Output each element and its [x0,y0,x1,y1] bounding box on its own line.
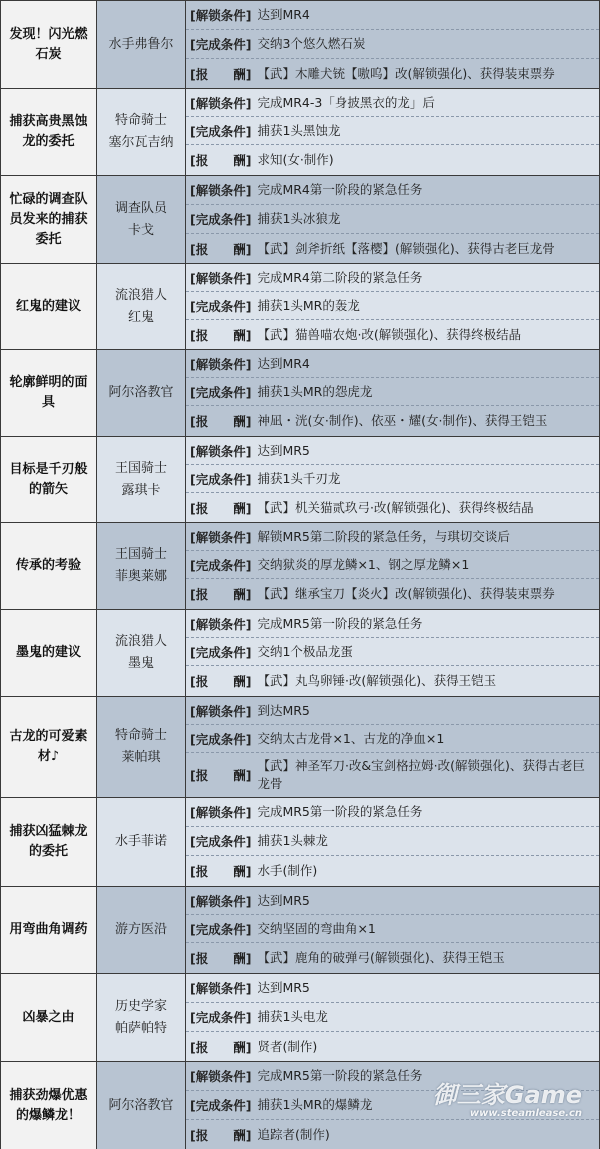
unlock-label: [解锁条件] [190,94,251,112]
quest-npc: 特命骑士塞尔瓦吉纳 [97,89,186,176]
reward-condition: [报 酬] 水手(制作) [186,856,599,886]
reward-condition: [报 酬] 【武】猫兽喵农炮·改(解锁强化)、获得终极结晶 [186,320,599,349]
quest-row: 捕获劲爆优惠的爆鳞龙！ 阿尔洛教官 [解锁条件] 完成MR5第一阶段的紧急任务 … [1,1062,600,1149]
reward-label: [报 酬] [190,862,251,880]
reward-condition: [报 酬] 神凪・洸(女·制作)、依巫・耀(女·制作)、获得王铠玉 [186,406,599,436]
unlock-value: 完成MR4-3「身披黑衣的龙」后 [257,94,434,112]
reward-value: 【武】剑斧折纸【落樱】(解锁强化)、获得古老巨龙骨 [257,240,554,258]
reward-condition: [报 酬] 求知(女·制作) [186,145,599,175]
quest-title: 凶暴之由 [1,974,97,1062]
quest-row: 捕获高贵黑蚀龙的委托 特命骑士塞尔瓦吉纳 [解锁条件] 完成MR4-3「身披黑衣… [1,89,600,176]
unlock-value: 解锁MR5第二阶段的紧急任务，与琪切交谈后 [257,528,509,546]
reward-value: 水手(制作) [257,862,317,880]
complete-label: [完成条件] [190,1096,251,1114]
complete-label: [完成条件] [190,832,251,850]
unlock-value: 完成MR5第一阶段的紧急任务 [257,615,422,633]
unlock-value: 完成MR5第一阶段的紧急任务 [257,803,422,821]
quest-conditions: [解锁条件] 解锁MR5第二阶段的紧急任务，与琪切交谈后 [完成条件] 交纳狱炎… [186,523,600,610]
quest-npc: 王国骑士露琪卡 [97,437,186,523]
complete-label: [完成条件] [190,1008,251,1026]
reward-condition: [报 酬] 【武】木雕犬铳【嗷呜】改(解锁强化)、获得装束票券 [186,59,599,88]
complete-value: 捕获1头MR的怨虎龙 [257,383,372,401]
complete-condition: [完成条件] 交纳坚固的弯曲角×1 [186,915,599,943]
complete-condition: [完成条件] 交纳太古龙骨×1、古龙的净血×1 [186,725,599,753]
quest-title: 古龙的可爱素材♪ [1,697,97,798]
quest-npc: 王国骑士菲奥莱娜 [97,523,186,610]
quest-table: 发现！闪光燃石炭 水手弗鲁尔 [解锁条件] 达到MR4 [完成条件] 交纳3个悠… [0,0,600,1149]
unlock-label: [解锁条件] [190,979,251,997]
complete-condition: [完成条件] 交纳1个极品龙蛋 [186,638,599,666]
quest-conditions: [解锁条件] 完成MR4-3「身披黑衣的龙」后 [完成条件] 捕获1头黑蚀龙 [… [186,89,600,176]
unlock-label: [解锁条件] [190,1067,251,1085]
quest-title: 发现！闪光燃石炭 [1,1,97,89]
complete-value: 交纳坚固的弯曲角×1 [257,920,375,938]
complete-value: 捕获1头黑蚀龙 [257,122,340,140]
quest-conditions: [解锁条件] 达到MR4 [完成条件] 捕获1头MR的怨虎龙 [报 酬] 神凪・… [186,350,600,437]
quest-title: 捕获凶猛棘龙的委托 [1,798,97,887]
reward-label: [报 酬] [190,499,251,517]
reward-condition: [报 酬] 【武】剑斧折纸【落樱】(解锁强化)、获得古老巨龙骨 [186,234,599,263]
unlock-value: 达到MR4 [257,355,309,373]
unlock-value: 达到MR5 [257,979,309,997]
complete-value: 交纳太古龙骨×1、古龙的净血×1 [257,730,444,748]
unlock-label: [解锁条件] [190,528,251,546]
reward-label: [报 酬] [190,766,251,784]
unlock-condition: [解锁条件] 完成MR4-3「身披黑衣的龙」后 [186,89,599,117]
quest-npc: 流浪猎人墨鬼 [97,610,186,697]
complete-label: [完成条件] [190,920,251,938]
complete-value: 捕获1头千刃龙 [257,470,340,488]
unlock-value: 完成MR4第一阶段的紧急任务 [257,181,422,199]
unlock-label: [解锁条件] [190,892,251,910]
quest-npc: 特命骑士莱帕琪 [97,697,186,798]
quest-row: 墨鬼的建议 流浪猎人墨鬼 [解锁条件] 完成MR5第一阶段的紧急任务 [完成条件… [1,610,600,697]
complete-value: 交纳3个悠久燃石炭 [257,35,365,53]
quest-conditions: [解锁条件] 达到MR5 [完成条件] 捕获1头电龙 [报 酬] 贤者(制作) [186,974,600,1062]
quest-title: 忙碌的调查队员发来的捕获委托 [1,176,97,264]
quest-title: 捕获高贵黑蚀龙的委托 [1,89,97,176]
unlock-label: [解锁条件] [190,181,251,199]
quest-title: 用弯曲角调药 [1,887,97,974]
unlock-value: 完成MR5第一阶段的紧急任务 [257,1067,422,1085]
quest-conditions: [解锁条件] 完成MR5第一阶段的紧急任务 [完成条件] 捕获1头MR的爆鳞龙 … [186,1062,600,1149]
quest-npc: 游方医沿 [97,887,186,974]
complete-condition: [完成条件] 捕获1头黑蚀龙 [186,117,599,145]
unlock-label: [解锁条件] [190,442,251,460]
complete-condition: [完成条件] 交纳3个悠久燃石炭 [186,30,599,59]
reward-value: 神凪・洸(女·制作)、依巫・耀(女·制作)、获得王铠玉 [257,412,547,430]
quest-conditions: [解锁条件] 到达MR5 [完成条件] 交纳太古龙骨×1、古龙的净血×1 [报 … [186,697,600,798]
unlock-condition: [解锁条件] 解锁MR5第二阶段的紧急任务，与琪切交谈后 [186,523,599,551]
unlock-condition: [解锁条件] 达到MR4 [186,1,599,30]
reward-label: [报 酬] [190,326,251,344]
complete-value: 捕获1头MR的爆鳞龙 [257,1096,372,1114]
quest-row: 古龙的可爱素材♪ 特命骑士莱帕琪 [解锁条件] 到达MR5 [完成条件] 交纳太… [1,697,600,798]
reward-condition: [报 酬] 贤者(制作) [186,1032,599,1061]
complete-label: [完成条件] [190,470,251,488]
quest-title: 墨鬼的建议 [1,610,97,697]
unlock-label: [解锁条件] [190,6,251,24]
complete-value: 捕获1头棘龙 [257,832,327,850]
reward-value: 追踪者(制作) [257,1126,329,1144]
quest-row: 轮廓鲜明的面具 阿尔洛教官 [解锁条件] 达到MR4 [完成条件] 捕获1头MR… [1,350,600,437]
reward-value: 【武】机关猫贰玖弓·改(解锁强化)、获得终极结晶 [257,499,533,517]
complete-label: [完成条件] [190,35,251,53]
quest-npc: 阿尔洛教官 [97,1062,186,1149]
complete-condition: [完成条件] 捕获1头千刃龙 [186,465,599,493]
reward-condition: [报 酬] 追踪者(制作) [186,1120,599,1149]
unlock-condition: [解锁条件] 完成MR5第一阶段的紧急任务 [186,1062,599,1091]
quest-conditions: [解锁条件] 达到MR5 [完成条件] 捕获1头千刃龙 [报 酬] 【武】机关猫… [186,437,600,523]
quest-row: 捕获凶猛棘龙的委托 水手菲诺 [解锁条件] 完成MR5第一阶段的紧急任务 [完成… [1,798,600,887]
reward-value: 【武】猫兽喵农炮·改(解锁强化)、获得终极结晶 [257,326,521,344]
unlock-value: 达到MR4 [257,6,309,24]
reward-label: [报 酬] [190,412,251,430]
unlock-label: [解锁条件] [190,269,251,287]
reward-value: 贤者(制作) [257,1038,317,1056]
reward-value: 【武】神圣军刀·改&宝剑格拉姆·改(解锁强化)、获得古老巨龙骨 [257,757,595,793]
reward-condition: [报 酬] 【武】神圣军刀·改&宝剑格拉姆·改(解锁强化)、获得古老巨龙骨 [186,753,599,797]
reward-value: 【武】继承宝刀【炎火】改(解锁强化)、获得装束票券 [257,585,554,603]
complete-value: 捕获1头电龙 [257,1008,327,1026]
complete-value: 交纳狱炎的厚龙鳞×1、钢之厚龙鳞×1 [257,556,469,574]
unlock-condition: [解锁条件] 到达MR5 [186,697,599,725]
quest-row: 目标是千刃般的箭矢 王国骑士露琪卡 [解锁条件] 达到MR5 [完成条件] 捕获… [1,437,600,523]
complete-condition: [完成条件] 交纳狱炎的厚龙鳞×1、钢之厚龙鳞×1 [186,551,599,579]
quest-npc: 调查队员卡戈 [97,176,186,264]
quest-conditions: [解锁条件] 完成MR5第一阶段的紧急任务 [完成条件] 交纳1个极品龙蛋 [报… [186,610,600,697]
unlock-label: [解锁条件] [190,803,251,821]
unlock-value: 达到MR5 [257,892,309,910]
unlock-label: [解锁条件] [190,355,251,373]
unlock-value: 达到MR5 [257,442,309,460]
complete-label: [完成条件] [190,122,251,140]
quest-title: 轮廓鲜明的面具 [1,350,97,437]
quest-row: 红鬼的建议 流浪猎人红鬼 [解锁条件] 完成MR4第二阶段的紧急任务 [完成条件… [1,264,600,350]
complete-label: [完成条件] [190,210,251,228]
quest-title: 传承的考验 [1,523,97,610]
complete-value: 交纳1个极品龙蛋 [257,643,352,661]
reward-label: [报 酬] [190,672,251,690]
reward-condition: [报 酬] 【武】丸鸟卵锤·改(解锁强化)、获得王铠玉 [186,666,599,696]
reward-label: [报 酬] [190,151,251,169]
reward-label: [报 酬] [190,1038,251,1056]
reward-value: 【武】丸鸟卵锤·改(解锁强化)、获得王铠玉 [257,672,496,690]
unlock-value: 到达MR5 [257,702,309,720]
quest-npc: 阿尔洛教官 [97,350,186,437]
complete-label: [完成条件] [190,297,251,315]
quest-row: 用弯曲角调药 游方医沿 [解锁条件] 达到MR5 [完成条件] 交纳坚固的弯曲角… [1,887,600,974]
complete-condition: [完成条件] 捕获1头电龙 [186,1003,599,1032]
unlock-condition: [解锁条件] 达到MR4 [186,350,599,378]
unlock-condition: [解锁条件] 达到MR5 [186,437,599,465]
quest-row: 传承的考验 王国骑士菲奥莱娜 [解锁条件] 解锁MR5第二阶段的紧急任务，与琪切… [1,523,600,610]
unlock-condition: [解锁条件] 完成MR4第二阶段的紧急任务 [186,264,599,292]
unlock-label: [解锁条件] [190,702,251,720]
complete-condition: [完成条件] 捕获1头MR的爆鳞龙 [186,1091,599,1120]
quest-conditions: [解锁条件] 达到MR4 [完成条件] 交纳3个悠久燃石炭 [报 酬] 【武】木… [186,1,600,89]
unlock-condition: [解锁条件] 完成MR5第一阶段的紧急任务 [186,610,599,638]
quest-title: 捕获劲爆优惠的爆鳞龙！ [1,1062,97,1149]
complete-condition: [完成条件] 捕获1头冰狼龙 [186,205,599,234]
unlock-label: [解锁条件] [190,615,251,633]
unlock-condition: [解锁条件] 完成MR5第一阶段的紧急任务 [186,798,599,827]
complete-condition: [完成条件] 捕获1头MR的轰龙 [186,292,599,320]
unlock-value: 完成MR4第二阶段的紧急任务 [257,269,422,287]
reward-label: [报 酬] [190,240,251,258]
quest-npc: 水手弗鲁尔 [97,1,186,89]
complete-value: 捕获1头冰狼龙 [257,210,340,228]
reward-label: [报 酬] [190,949,251,967]
reward-label: [报 酬] [190,1126,251,1144]
quest-title: 红鬼的建议 [1,264,97,350]
reward-value: 【武】木雕犬铳【嗷呜】改(解锁强化)、获得装束票券 [257,65,554,83]
quest-conditions: [解锁条件] 完成MR4第二阶段的紧急任务 [完成条件] 捕获1头MR的轰龙 [… [186,264,600,350]
unlock-condition: [解锁条件] 达到MR5 [186,974,599,1003]
quest-npc: 流浪猎人红鬼 [97,264,186,350]
complete-label: [完成条件] [190,730,251,748]
quest-conditions: [解锁条件] 完成MR5第一阶段的紧急任务 [完成条件] 捕获1头棘龙 [报 酬… [186,798,600,887]
complete-value: 捕获1头MR的轰龙 [257,297,359,315]
quest-row: 发现！闪光燃石炭 水手弗鲁尔 [解锁条件] 达到MR4 [完成条件] 交纳3个悠… [1,1,600,89]
complete-label: [完成条件] [190,643,251,661]
quest-row: 忙碌的调查队员发来的捕获委托 调查队员卡戈 [解锁条件] 完成MR4第一阶段的紧… [1,176,600,264]
quest-npc: 水手菲诺 [97,798,186,887]
quest-conditions: [解锁条件] 完成MR4第一阶段的紧急任务 [完成条件] 捕获1头冰狼龙 [报 … [186,176,600,264]
reward-label: [报 酬] [190,585,251,603]
complete-condition: [完成条件] 捕获1头棘龙 [186,827,599,856]
reward-condition: [报 酬] 【武】鹿角的破弹弓(解锁强化)、获得王铠玉 [186,943,599,973]
quest-npc: 历史学家帕萨帕特 [97,974,186,1062]
unlock-condition: [解锁条件] 达到MR5 [186,887,599,915]
complete-label: [完成条件] [190,383,251,401]
reward-condition: [报 酬] 【武】机关猫贰玖弓·改(解锁强化)、获得终极结晶 [186,493,599,522]
unlock-condition: [解锁条件] 完成MR4第一阶段的紧急任务 [186,176,599,205]
quest-row: 凶暴之由 历史学家帕萨帕特 [解锁条件] 达到MR5 [完成条件] 捕获1头电龙… [1,974,600,1062]
reward-condition: [报 酬] 【武】继承宝刀【炎火】改(解锁强化)、获得装束票券 [186,579,599,609]
reward-value: 【武】鹿角的破弹弓(解锁强化)、获得王铠玉 [257,949,504,967]
complete-condition: [完成条件] 捕获1头MR的怨虎龙 [186,378,599,406]
quest-title: 目标是千刃般的箭矢 [1,437,97,523]
reward-label: [报 酬] [190,65,251,83]
quest-conditions: [解锁条件] 达到MR5 [完成条件] 交纳坚固的弯曲角×1 [报 酬] 【武】… [186,887,600,974]
complete-label: [完成条件] [190,556,251,574]
reward-value: 求知(女·制作) [257,151,333,169]
